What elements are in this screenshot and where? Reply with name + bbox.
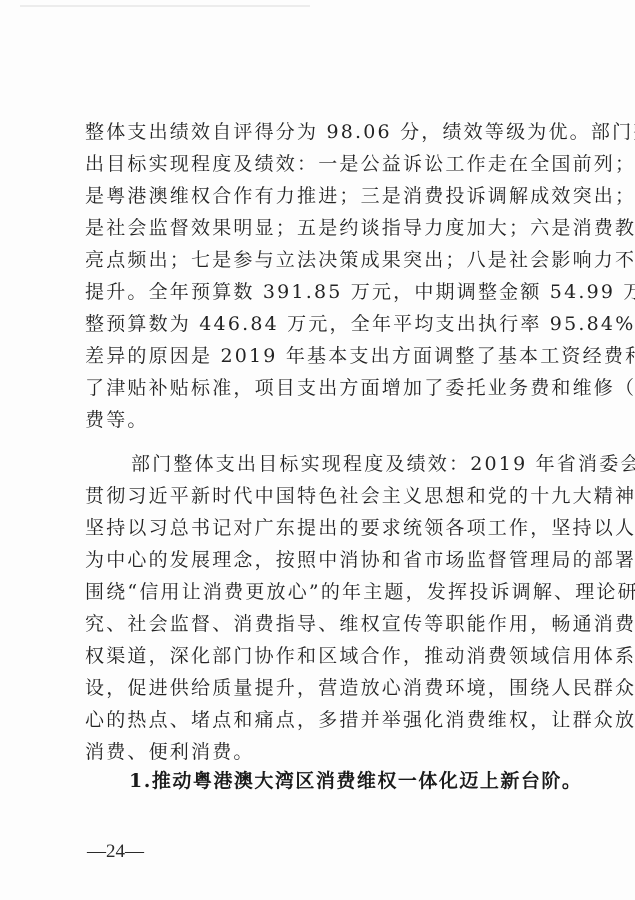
text-line: 整体支出绩效自评得分为 98.06 分，绩效等级为优。部门整体支	[85, 116, 547, 148]
text-line: 是粤港澳维权合作有力推进；三是消费投诉调解成效突出；四	[85, 180, 547, 212]
text-line: 亮点频出；七是参与立法决策成果突出；八是社会影响力不断	[85, 244, 547, 276]
page-number: —24—	[87, 838, 144, 866]
text-line: 坚持以习总书记对广东提出的要求统领各项工作，坚持以人民	[85, 512, 547, 544]
text-line: 贯彻习近平新时代中国特色社会主义思想和党的十九大精神，	[85, 480, 547, 512]
text-line: 差异的原因是 2019 年基本支出方面调整了基本工资经费和规范	[85, 340, 547, 372]
text-line: 费等。	[85, 404, 547, 436]
text-line: 权渠道，深化部门协作和区域合作，推动消费领域信用体系建	[85, 640, 547, 672]
text-line: 为中心的发展理念，按照中消协和省市场监督管理局的部署，	[85, 544, 547, 576]
section-heading: 1.推动粤港澳大湾区消费维权一体化迈上新台阶。	[129, 765, 582, 797]
text-line: 了津贴补贴标准，项目支出方面增加了委托业务费和维修（护）	[85, 372, 547, 404]
scan-artifact	[20, 5, 310, 7]
text-line: 消费、便利消费。	[85, 736, 547, 768]
text-line: 部门整体支出目标实现程度及绩效：2019 年省消委会全面	[131, 448, 547, 480]
text-line: 整预算数为 446.84 万元，全年平均支出执行率 95.84%，预决算	[85, 308, 547, 340]
text-line: 提升。全年预算数 391.85 万元，中期调整金额 54.99 万元，调	[85, 276, 547, 308]
document-page: 整体支出绩效自评得分为 98.06 分，绩效等级为优。部门整体支 出目标实现程度…	[0, 0, 635, 900]
text-line: 究、社会监督、消费指导、维权宣传等职能作用，畅通消费维	[85, 608, 547, 640]
text-line: 心的热点、堵点和痛点，多措并举强化消费维权，让群众放心	[85, 704, 547, 736]
text-line: 出目标实现程度及绩效：一是公益诉讼工作走在全国前列；二	[85, 148, 547, 180]
text-line: 围绕“信用让消费更放心”的年主题，发挥投诉调解、理论研	[85, 576, 547, 608]
text-line: 设，促进供给质量提升，营造放心消费环境，围绕人民群众关	[85, 672, 547, 704]
text-line: 是社会监督效果明显；五是约谈指导力度加大；六是消费教育	[85, 212, 547, 244]
